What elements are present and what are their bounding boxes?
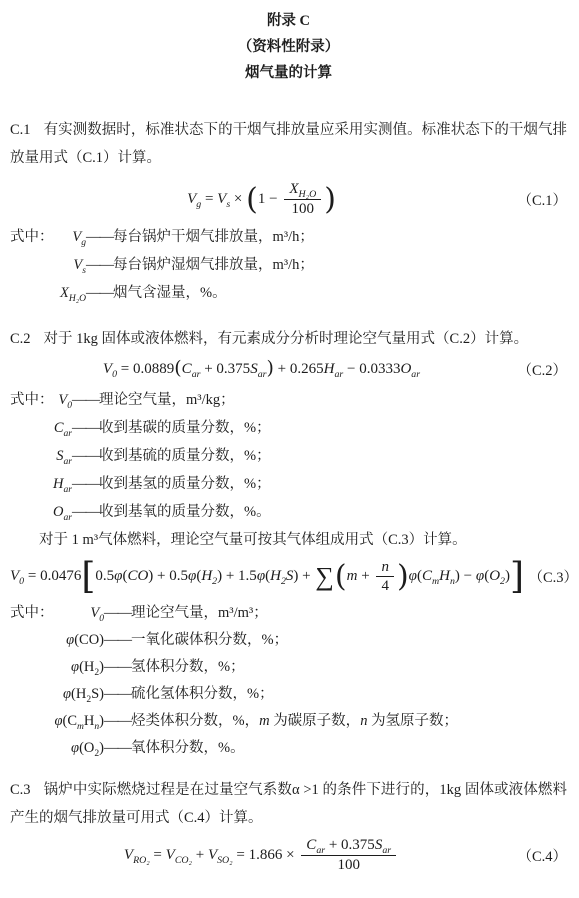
definition-dash: —— [72,442,99,470]
formula-c3-label: （C.3） [524,566,578,587]
definition-row: φ(CO)——一氧化碳体积分数，%； [10,627,567,654]
definition-dash: —— [86,279,113,307]
definition-description: 收到基氢的质量分数，%； [99,470,271,498]
definition-row: φ(H2S)——硫化氢体积分数，%； [10,681,567,708]
definition-row: Oar——收到基氧的质量分数，%。 [10,498,567,526]
clause-c2-paragraph: C.2对于 1kg 固体或液体燃料，有元素成分分析时理论空气量用式（C.2）计算… [10,325,567,353]
definition-row: Sar——收到基硫的质量分数，%； [10,442,567,470]
definition-symbol: φ(O2) [10,735,104,762]
formula-c2-expression: V0 = 0.0889(Car + 0.375Sar) + 0.265Har −… [10,360,513,379]
definition-symbol: Car [10,414,72,442]
appendix-type-title: （资料性附录） [10,34,567,60]
definition-dash: —— [72,414,99,442]
definition-row: V0——理论空气量，m³/m³； [10,600,567,627]
definition-symbol: Vs [10,251,86,279]
clause-c2-text: 对于 1kg 固体或液体燃料，有元素成分分析时理论空气量用式（C.2）计算。 [44,331,529,347]
appendix-subject-title: 烟气量的计算 [10,60,567,86]
definition-description: 收到基碳的质量分数，%； [99,414,271,442]
definition-symbol: XH₂O [10,279,86,307]
formula-c4-label: （C.4） [513,845,567,866]
where-label-c1: 式中： [10,223,54,251]
clause-c1-paragraph: C.1有实测数据时，标准状态下的干烟气排放量应采用实测值。标准状态下的干烟气排放… [10,116,567,172]
appendix-number-title: 附录 C [10,8,567,34]
definition-symbol: Har [10,470,72,498]
formula-c3-row: V0 = 0.0476[0.5φ(CO) + 0.5φ(H2) + 1.5φ(H… [10,558,567,597]
formula-c3-expression: V0 = 0.0476[0.5φ(CO) + 0.5φ(H2) + 1.5φ(H… [10,558,524,597]
definition-description: 烃类体积分数，%，m 为碳原子数，n 为氢原子数； [131,708,458,735]
definition-row: φ(CmHn)——烃类体积分数，%，m 为碳原子数，n 为氢原子数； [10,708,567,735]
formula-c1-row: Vg = Vs × (1 − XH₂O100) （C.1） [10,180,567,219]
definition-description: 理论空气量，m³/kg； [99,386,235,414]
definition-symbol: φ(CmHn) [10,708,104,735]
definition-row: φ(H2)——氢体积分数，%； [10,654,567,681]
formula-c1-label: （C.1） [513,189,567,210]
definition-symbol: Sar [10,442,72,470]
definition-row: XH₂O——烟气含湿量，%。 [10,279,567,307]
definition-row: Vg——每台锅炉干烟气排放量，m³/h； [10,223,567,251]
definition-dash: —— [72,470,99,498]
definition-description: 氢体积分数，%； [131,654,245,681]
formula-c2-row: V0 = 0.0889(Car + 0.375Sar) + 0.265Har −… [10,359,567,380]
definition-description: 烟气含湿量，%。 [113,279,227,307]
definition-row: V0——理论空气量，m³/kg； [10,386,567,414]
definition-description: 一氧化碳体积分数，%； [131,627,288,654]
definitions-c1: 式中： Vg——每台锅炉干烟气排放量，m³/h； Vs——每台锅炉湿烟气排放量，… [10,223,567,307]
definition-dash: —— [104,708,131,735]
definition-dash: —— [104,681,131,708]
clause-c3-number: C.3 [10,782,31,798]
definition-dash: —— [104,654,131,681]
definition-description: 每台锅炉干烟气排放量，m³/h； [113,223,314,251]
definition-description: 收到基氧的质量分数，%。 [99,498,271,526]
definition-row: Vs——每台锅炉湿烟气排放量，m³/h； [10,251,567,279]
definition-dash: —— [104,627,131,654]
definition-description: 每台锅炉湿烟气排放量，m³/h； [113,251,314,279]
definitions-c2: 式中： V0——理论空气量，m³/kg； Car——收到基碳的质量分数，%； S… [10,386,567,526]
clause-c2-number: C.2 [10,331,31,347]
definition-dash: —— [86,251,113,279]
definition-description: 理论空气量，m³/m³； [131,600,268,627]
definition-row: Har——收到基氢的质量分数，%； [10,470,567,498]
where-label-c3: 式中： [10,600,54,627]
formula-c2-label: （C.2） [513,359,567,380]
title-block: 附录 C （资料性附录） 烟气量的计算 [10,8,567,86]
clause-c3-text: 锅炉中实际燃烧过程是在过量空气系数α >1 的条件下进行的，1kg 固体或液体燃… [10,782,567,826]
definition-description: 收到基硫的质量分数，%； [99,442,271,470]
definition-row: φ(O2)——氧体积分数，%。 [10,735,567,762]
definition-dash: —— [72,498,99,526]
formula-c4-expression: VRO₂ = VCO₂ + VSO₂ = 1.866 × Car + 0.375… [10,836,513,875]
where-label-c2: 式中： [10,386,54,414]
clause-c1-number: C.1 [10,122,31,138]
definition-symbol: Oar [10,498,72,526]
clause-c3-paragraph: C.3锅炉中实际燃烧过程是在过量空气系数α >1 的条件下进行的，1kg 固体或… [10,776,567,832]
definition-dash: —— [86,223,113,251]
definition-row: Car——收到基碳的质量分数，%； [10,414,567,442]
definition-description: 氧体积分数，%。 [131,735,245,762]
definitions-c3: 式中： V0——理论空气量，m³/m³； φ(CO)——一氧化碳体积分数，%； … [10,600,567,762]
formula-c4-row: VRO₂ = VCO₂ + VSO₂ = 1.866 × Car + 0.375… [10,836,567,875]
definition-description: 硫化氢体积分数，%； [131,681,274,708]
definition-dash: —— [72,386,99,414]
definition-dash: —— [104,735,131,762]
definition-dash: —— [104,600,131,627]
definition-symbol: φ(H2S) [10,681,104,708]
definition-symbol: φ(CO) [10,627,104,654]
clause-c1-text: 有实测数据时，标准状态下的干烟气排放量应采用实测值。标准状态下的干烟气排放量用式… [10,122,567,166]
gas-fuel-paragraph: 对于 1 m³气体燃料，理论空气量可按其气体组成用式（C.3）计算。 [10,526,567,554]
formula-c1-expression: Vg = Vs × (1 − XH₂O100) [10,180,513,219]
definition-symbol: φ(H2) [10,654,104,681]
document-page: 附录 C （资料性附录） 烟气量的计算 C.1有实测数据时，标准状态下的干烟气排… [0,0,579,898]
